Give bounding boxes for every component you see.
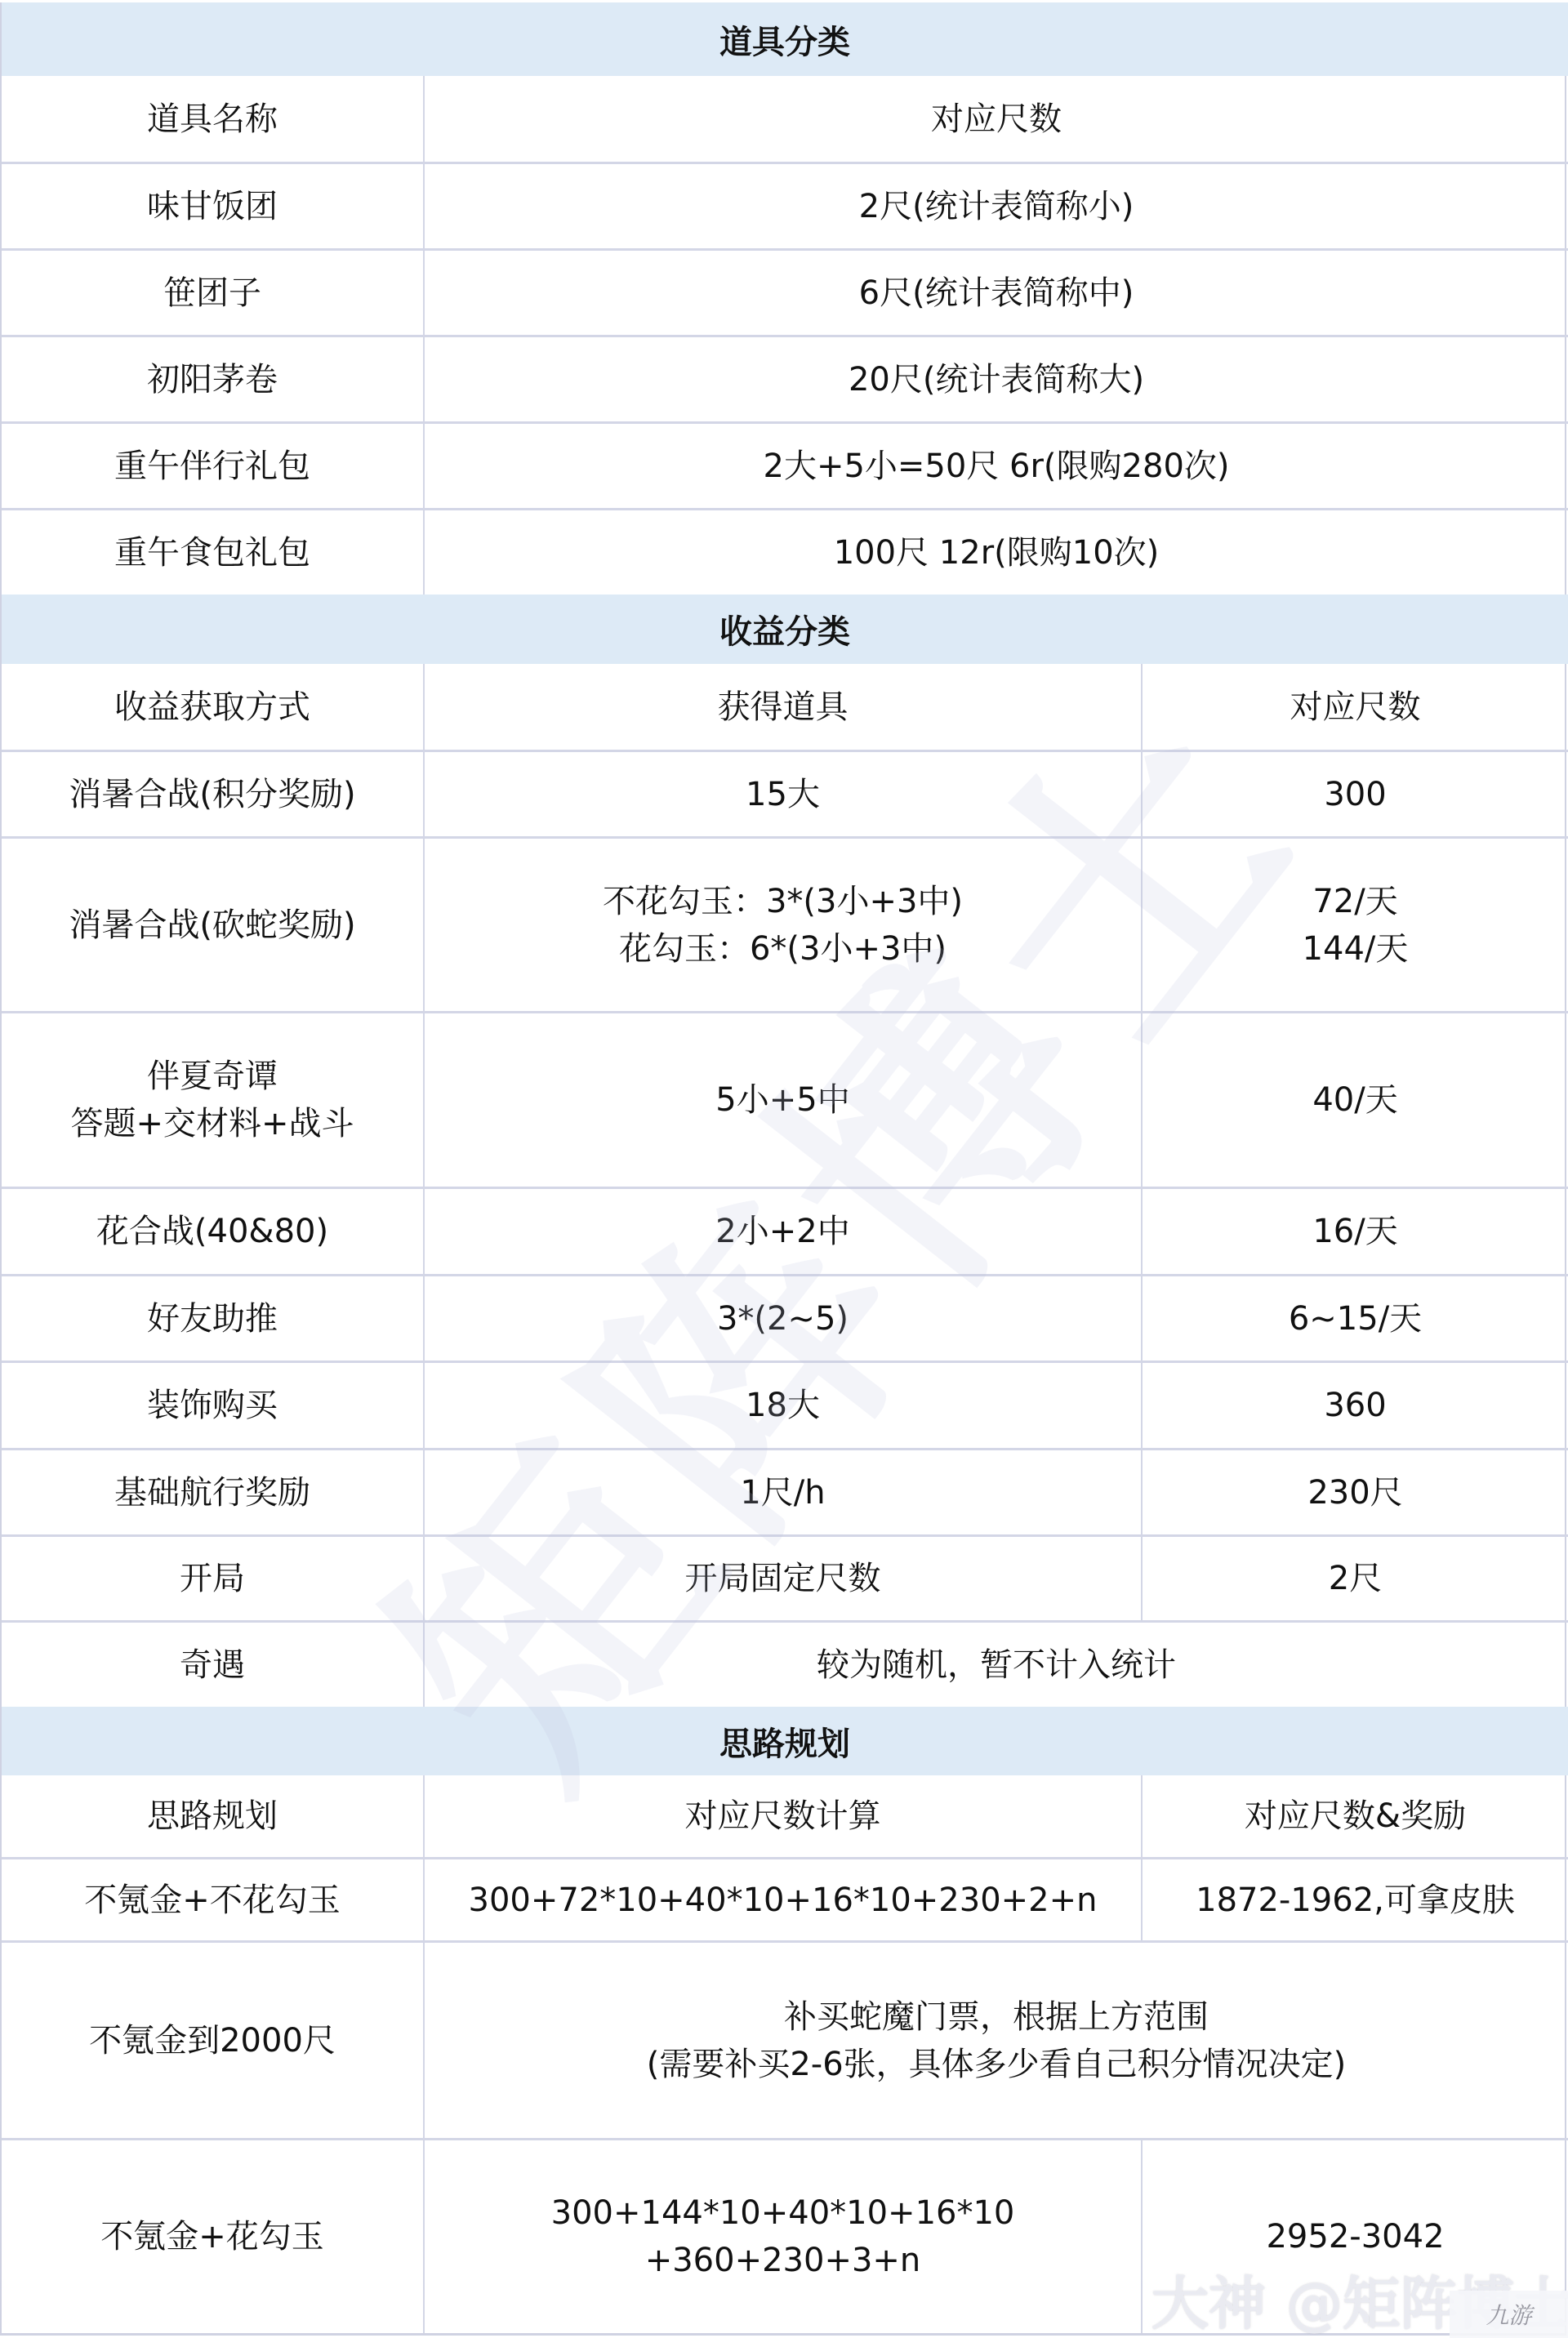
table-row: 不氪金+花勾玉 300+144*10+40*10+16*10 +360+230+… xyxy=(2,2138,1568,2333)
table-header-row: 思路规划 对应尺数计算 对应尺数&奖励 xyxy=(2,1775,1568,1857)
table-row: 初阳茅卷 20尺(统计表简称大) xyxy=(2,335,1568,421)
text-line: 144/天 xyxy=(1303,925,1409,973)
section-title: 思路规划 xyxy=(719,1718,850,1765)
text-line: 不花勾玉：3*(3小+3中) xyxy=(603,878,963,925)
text-line: 300 xyxy=(1324,771,1386,818)
plan-result: 1872-1962,可拿皮肤 xyxy=(1141,1859,1568,1940)
income-method: 花合战(40&80) xyxy=(2,1189,423,1274)
text-line: 消暑合战(积分奖励) xyxy=(69,771,355,818)
plan-calc: 300+144*10+40*10+16*10 +360+230+3+n xyxy=(423,2140,1141,2333)
income-value: 40/天 xyxy=(1141,1013,1568,1187)
text-line: 不氪金到2000尺 xyxy=(89,2017,336,2064)
plan-merged-note: 补买蛇魔门票，根据上方范围 (需要补买2-6张，具体多少看自己积分情况决定) xyxy=(423,1943,1568,2138)
text-line: 230尺 xyxy=(1307,1469,1402,1516)
text-line: 花勾玉：6*(3小+3中) xyxy=(619,925,947,973)
income-value: 72/天 144/天 xyxy=(1141,839,1568,1011)
table-row: 基础航行奖励 1尺/h 230尺 xyxy=(2,1448,1568,1534)
text-line: 奇遇 xyxy=(180,1641,245,1689)
income-items: 3*(2~5) xyxy=(423,1276,1141,1360)
item-value: 2尺(统计表简称小) xyxy=(423,164,1568,248)
table-row: 味甘饭团 2尺(统计表简称小) xyxy=(2,162,1568,248)
column-header-plan: 思路规划 xyxy=(2,1775,423,1857)
table-row: 重午食包礼包 100尺 12r(限购10次) xyxy=(2,508,1568,595)
text-line: 开局 xyxy=(180,1555,245,1602)
column-header-result: 对应尺数&奖励 xyxy=(1141,1775,1568,1857)
text-line: 不氪金+不花勾玉 xyxy=(84,1877,341,1924)
item-value: 2大+5小=50尺 6r(限购280次) xyxy=(423,424,1568,508)
table-row: 笹团子 6尺(统计表简称中) xyxy=(2,248,1568,335)
plan-result: 2952-3042 xyxy=(1141,2140,1568,2333)
text-line: 360 xyxy=(1324,1382,1386,1429)
income-value: 16/天 xyxy=(1141,1189,1568,1274)
column-header-item-name: 道具名称 xyxy=(2,76,423,162)
table-row: 装饰购买 18大 360 xyxy=(2,1360,1568,1448)
table-row: 消暑合战(砍蛇奖励) 不花勾玉：3*(3小+3中) 花勾玉：6*(3小+3中) … xyxy=(2,836,1568,1011)
income-merged-note: 较为随机，暂不计入统计 xyxy=(423,1623,1568,1707)
plan-name: 不氪金+不花勾玉 xyxy=(2,1859,423,1940)
plan-calc: 300+72*10+40*10+16*10+230+2+n xyxy=(423,1859,1141,1940)
table-row: 花合战(40&80) 2小+2中 16/天 xyxy=(2,1187,1568,1274)
table-row: 开局 开局固定尺数 2尺 xyxy=(2,1534,1568,1620)
table-row: 好友助推 3*(2~5) 6~15/天 xyxy=(2,1274,1568,1360)
item-value: 6尺(统计表简称中) xyxy=(423,251,1568,335)
income-value: 6~15/天 xyxy=(1141,1276,1568,1360)
income-method: 装饰购买 xyxy=(2,1363,423,1448)
section-header-income: 收益分类 xyxy=(2,595,1568,664)
text-line: 40/天 xyxy=(1312,1076,1397,1124)
table-row: 不氪金+不花勾玉 300+72*10+40*10+16*10+230+2+n 1… xyxy=(2,1857,1568,1940)
plan-name: 不氪金+花勾玉 xyxy=(2,2140,423,2333)
text-line: +360+230+3+n xyxy=(645,2237,921,2284)
text-line: 16/天 xyxy=(1312,1208,1397,1255)
table-row: 不氪金到2000尺 补买蛇魔门票，根据上方范围 (需要补买2-6张，具体多少看自… xyxy=(2,1940,1568,2138)
plan-name: 不氪金到2000尺 xyxy=(2,1943,423,2138)
text-line: 15大 xyxy=(746,771,820,818)
text-line: (需要补买2-6张，具体多少看自己积分情况决定) xyxy=(647,2041,1347,2088)
item-value: 20尺(统计表简称大) xyxy=(423,337,1568,421)
table-row: 伴夏奇谭 答题+交材料+战斗 5小+5中 40/天 xyxy=(2,1011,1568,1187)
section-header-plan: 思路规划 xyxy=(2,1707,1568,1775)
text-line: 开局固定尺数 xyxy=(685,1555,881,1602)
income-items: 2小+2中 xyxy=(423,1189,1141,1274)
income-value: 2尺 xyxy=(1141,1537,1568,1620)
text-line: 6~15/天 xyxy=(1289,1295,1422,1343)
column-header-items: 获得道具 xyxy=(423,664,1141,750)
text-line: 较为随机，暂不计入统计 xyxy=(817,1641,1176,1689)
income-method: 伴夏奇谭 答题+交材料+战斗 xyxy=(2,1013,423,1187)
text-line: 2952-3042 xyxy=(1266,2213,1444,2260)
text-line: 300+144*10+40*10+16*10 xyxy=(551,2189,1015,2237)
table-header-row: 收益获取方式 获得道具 对应尺数 xyxy=(2,664,1568,750)
income-method: 基础航行奖励 xyxy=(2,1450,423,1534)
income-method: 开局 xyxy=(2,1537,423,1620)
income-items: 18大 xyxy=(423,1363,1141,1448)
text-line: 消暑合战(砍蛇奖励) xyxy=(69,902,355,949)
text-line: 基础航行奖励 xyxy=(114,1469,310,1516)
item-name: 重午伴行礼包 xyxy=(2,424,423,508)
item-name: 味甘饭团 xyxy=(2,164,423,248)
income-method: 奇遇 xyxy=(2,1623,423,1707)
table-header-row: 道具名称 对应尺数 xyxy=(2,76,1568,162)
income-value: 300 xyxy=(1141,752,1568,836)
item-value: 100尺 12r(限购10次) xyxy=(423,510,1568,595)
text-line: 1872-1962,可拿皮肤 xyxy=(1196,1877,1515,1924)
text-line: 补买蛇魔门票，根据上方范围 xyxy=(784,1993,1209,2041)
income-items: 1尺/h xyxy=(423,1450,1141,1534)
income-method: 消暑合战(积分奖励) xyxy=(2,752,423,836)
strategy-table: 道具分类 道具名称 对应尺数 味甘饭团 2尺(统计表简称小) 笹团子 6尺(统计… xyxy=(0,2,1566,2336)
text-line: 5小+5中 xyxy=(715,1076,849,1124)
section-title: 收益分类 xyxy=(719,606,850,652)
text-line: 伴夏奇谭 xyxy=(147,1053,278,1100)
text-line: 装饰购买 xyxy=(147,1382,278,1429)
income-method: 消暑合战(砍蛇奖励) xyxy=(2,839,423,1011)
section-title: 道具分类 xyxy=(719,16,850,63)
item-name: 重午食包礼包 xyxy=(2,510,423,595)
income-items: 开局固定尺数 xyxy=(423,1537,1141,1620)
column-header-value: 对应尺数 xyxy=(1141,664,1568,750)
table-row: 重午伴行礼包 2大+5小=50尺 6r(限购280次) xyxy=(2,421,1568,508)
column-header-calc: 对应尺数计算 xyxy=(423,1775,1141,1857)
column-header-value: 对应尺数 xyxy=(423,76,1568,162)
income-value: 360 xyxy=(1141,1363,1568,1448)
table-row: 奇遇 较为随机，暂不计入统计 xyxy=(2,1620,1568,1707)
table-row: 消暑合战(积分奖励) 15大 300 xyxy=(2,750,1568,836)
text-line: 18大 xyxy=(746,1382,820,1429)
income-items: 15大 xyxy=(423,752,1141,836)
text-line: 花合战(40&80) xyxy=(96,1208,328,1255)
text-line: 不氪金+花勾玉 xyxy=(100,2213,324,2260)
income-method: 好友助推 xyxy=(2,1276,423,1360)
text-line: 72/天 xyxy=(1312,878,1397,925)
text-line: 好友助推 xyxy=(147,1295,278,1343)
text-line: 300+72*10+40*10+16*10+230+2+n xyxy=(469,1877,1098,1924)
item-name: 笹团子 xyxy=(2,251,423,335)
item-name: 初阳茅卷 xyxy=(2,337,423,421)
text-line: 答题+交材料+战斗 xyxy=(70,1100,354,1147)
text-line: 2小+2中 xyxy=(715,1208,849,1255)
income-items: 不花勾玉：3*(3小+3中) 花勾玉：6*(3小+3中) xyxy=(423,839,1141,1011)
section-header-items: 道具分类 xyxy=(2,2,1568,76)
text-line: 3*(2~5) xyxy=(717,1295,849,1343)
income-value: 230尺 xyxy=(1141,1450,1568,1534)
income-items: 5小+5中 xyxy=(423,1013,1141,1187)
text-line: 1尺/h xyxy=(740,1469,825,1516)
text-line: 2尺 xyxy=(1329,1555,1382,1602)
column-header-method: 收益获取方式 xyxy=(2,664,423,750)
